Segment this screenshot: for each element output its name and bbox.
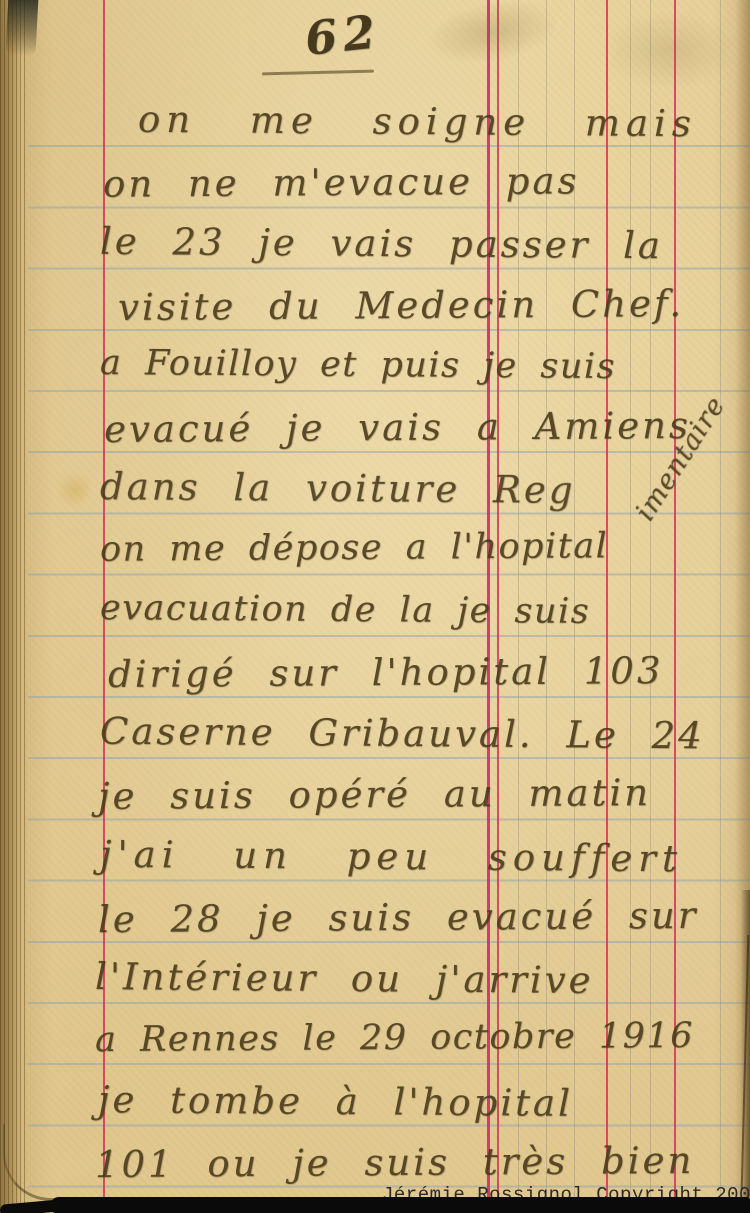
handwritten-line: 101 ou je suis très bien (95, 1139, 695, 1186)
paper-stain (55, 470, 95, 510)
watermark-black-bar (50, 1197, 750, 1213)
handwritten-line: visite du Medecin Chef. (118, 282, 684, 329)
handwritten-line: evacué je vais a Amiens (104, 404, 691, 451)
handwritten-line: dans la voiture Reg imentaire (100, 465, 576, 512)
handwritten-line-main: dans la voiture Reg (100, 465, 576, 512)
handwritten-line: Caserne Gribauval. Le 24 (100, 710, 705, 758)
handwritten-line: je tombe à l'hopital (98, 1078, 573, 1125)
handwritten-line: dirigé sur l'hopital 103 (108, 649, 664, 696)
handwritten-line: j'ai un peu souffert (100, 833, 683, 881)
handwritten-line: on me soigne mais (138, 98, 697, 145)
handwritten-line: a Rennes le 29 octobre 1916 (95, 1016, 694, 1060)
page-number: 62 (285, 2, 400, 67)
diary-page-scan: 62 on me soigne mais on ne m'evacue pas … (0, 0, 750, 1213)
binding-edge (0, 0, 27, 1213)
handwritten-line: le 23 je vais passer la (100, 220, 663, 267)
handwritten-line: on ne m'evacue pas (103, 159, 580, 205)
handwritten-line: l'Intérieur ou j'arrive (95, 955, 594, 1002)
ledger-gray-line (720, 0, 721, 1197)
ink-smudge (421, 0, 564, 73)
handwritten-line: on me dépose a l'hopital (100, 526, 609, 570)
handwritten-line: a Fouilloy et puis je suis (100, 343, 616, 387)
handwritten-line: je suis opéré au matin (98, 771, 651, 818)
handwritten-line: le 28 je suis evacué sur (98, 894, 699, 941)
ink-smudge (595, 8, 745, 93)
handwritten-line: evacuation de la je suis (100, 588, 590, 632)
page-number-underline (262, 70, 374, 76)
top-left-ink-mark (5, 0, 38, 57)
